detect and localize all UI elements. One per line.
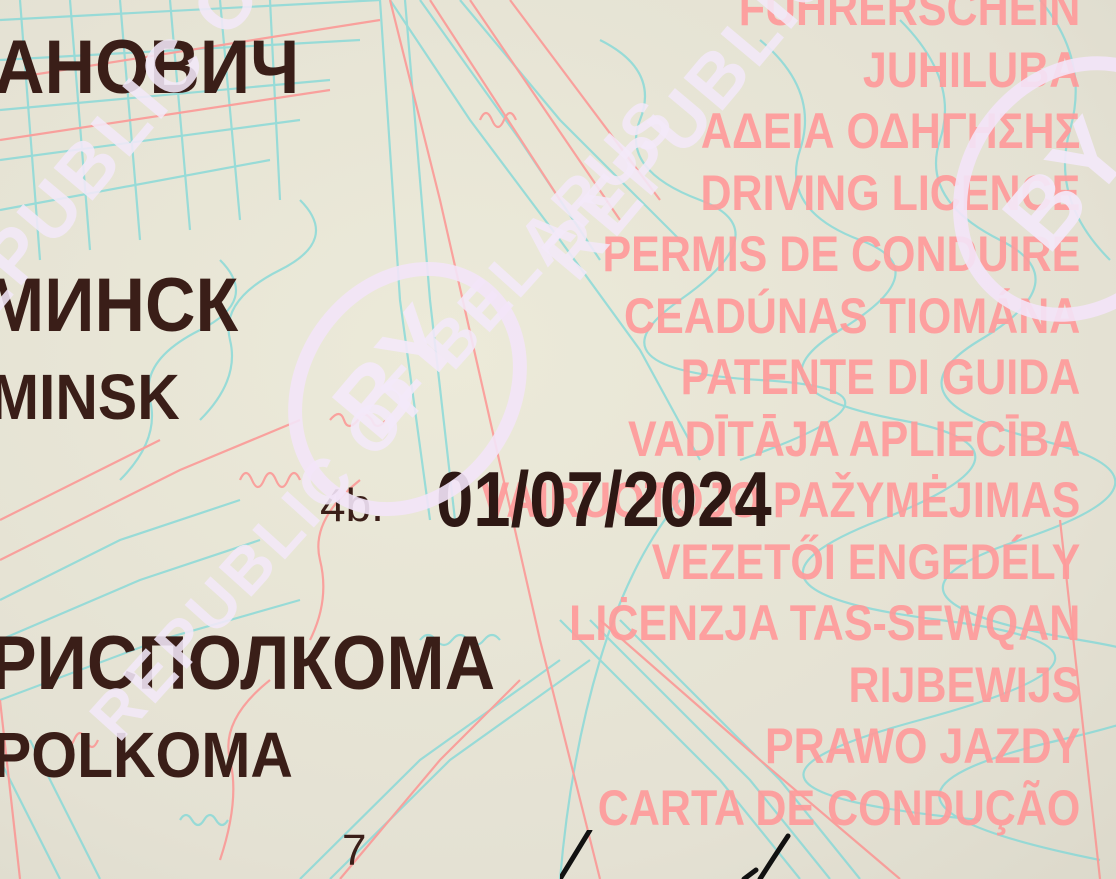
issuing-authority-cyrillic: РИСПОЛКОМА	[0, 620, 495, 707]
signature-label: 7	[342, 826, 366, 876]
driving-licence-card: FÜHRERSCHEIN JUHILUBA ΑΔΕΙΑ ΟΔΗΓΗΣΗΣ DRI…	[0, 0, 1116, 879]
place-of-birth-latin: MINSK	[0, 360, 180, 434]
licence-title-nl: RIJBEWIJS	[480, 655, 1080, 717]
licence-title-it: PATENTE DI GUIDA	[480, 347, 1080, 409]
licence-title-pl: PRAWO JAZDY	[480, 716, 1080, 778]
licence-title-mt: LIĊENZJA TAS-SEWQAN	[480, 593, 1080, 655]
signature-stroke	[560, 830, 820, 879]
